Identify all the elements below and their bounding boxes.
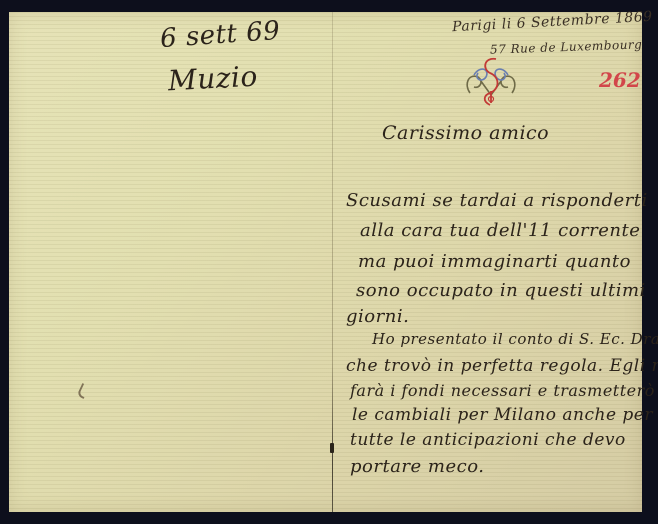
body-line-11: portare meco.	[350, 456, 484, 477]
ink-mark	[76, 383, 89, 399]
fold-tear	[330, 443, 334, 453]
docket-name: Muzio	[167, 60, 258, 98]
body-line-5: giorni.	[346, 306, 409, 327]
body-line-6: Ho presentato il conto di S. Ec. Draneht…	[372, 330, 658, 348]
body-line-7: che trovò in perfetta regola. Egli mi	[346, 356, 658, 376]
body-line-2: alla cara tua dell'11 corrente	[360, 220, 640, 241]
body-line-10: tutte le anticipazioni che devo	[350, 430, 626, 450]
body-line-1: Scusami se tardai a risponderti	[346, 190, 648, 211]
body-line-9: le cambiali per Milano anche per	[352, 405, 653, 425]
body-line-8: farà i fondi necessari e trasmetterò	[350, 381, 655, 400]
monogram-icon	[460, 55, 522, 107]
fold-line	[332, 12, 333, 512]
salutation: Carissimo amico	[382, 122, 549, 144]
archive-number: 262	[599, 68, 641, 92]
body-line-4: sono occupato in questi ultimi	[356, 280, 646, 301]
body-line-3: ma puoi immaginarti quanto	[358, 251, 631, 272]
